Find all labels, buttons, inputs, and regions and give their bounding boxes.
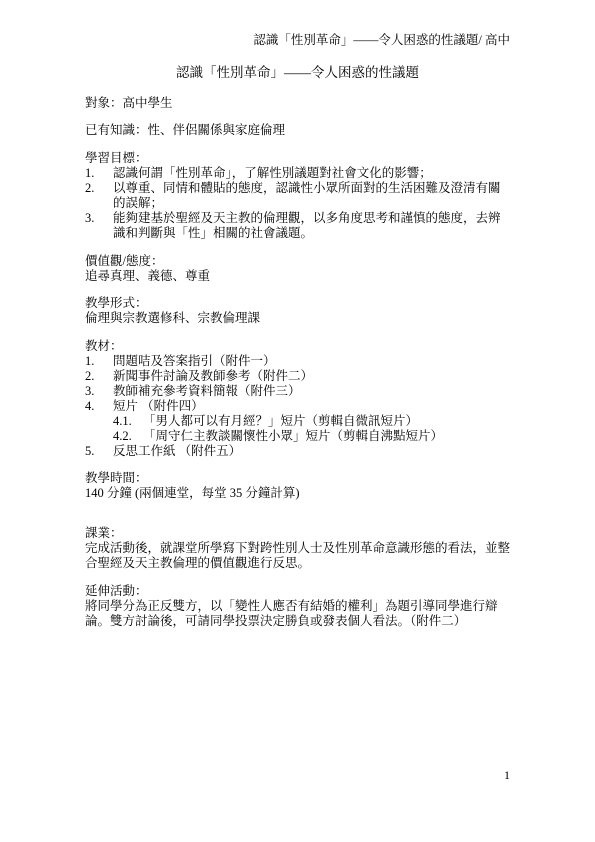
section-homework: 課業： 完成活動後，就課堂所學寫下對跨性別人士及性別革命意識形態的看法，並整合聖… (85, 526, 510, 571)
document-content: 認識「性別革命」——令人困惑的性議題/ 高中 認識「性別革命」——令人困惑的性議… (85, 33, 510, 629)
material-text: 教師補充參考資料簡報（附件三） (113, 384, 510, 399)
document-title: 認識「性別革命」——令人困惑的性議題 (85, 65, 510, 80)
material-sub-text: 「周守仁主教談關懷性小眾」短片（剪輯自沸點短片） (143, 429, 510, 444)
section-objectives: 學習目標： 1. 認識何謂「性別革命」，了解性別議題對社會文化的影響； 2. 以… (85, 151, 510, 241)
section-extension: 延伸活動： 將同學分為正反雙方，以「變性人應否有結婚的權利」為題引導同學進行辯論… (85, 584, 510, 629)
material-number: 1. (85, 354, 113, 369)
objective-number: 2. (85, 181, 113, 196)
material-sub-item: 4.2. 「周守仁主教談關懷性小眾」短片（剪輯自沸點短片） (113, 429, 510, 444)
values-heading: 價值觀/態度： (85, 254, 510, 269)
material-text: 短片 （附件四） (113, 399, 510, 414)
material-video-sublist: 4.1. 「男人都可以有月經？」短片（剪輯自微訊短片） 4.2. 「周守仁主教談… (113, 414, 510, 444)
teaching-format-heading: 教學形式： (85, 296, 510, 311)
prior-knowledge-line: 已有知識：性、伴侶關係與家庭倫理 (85, 123, 510, 138)
material-sub-number: 4.2. (113, 429, 143, 444)
objective-text: 認識何謂「性別革命」，了解性別議題對社會文化的影響； (113, 166, 510, 181)
section-teaching-format: 教學形式： 倫理與宗教選修科、宗教倫理課 (85, 296, 510, 326)
teaching-format-text: 倫理與宗教選修科、宗教倫理課 (85, 311, 510, 326)
material-item: 3. 教師補充參考資料簡報（附件三） (85, 384, 510, 399)
material-item: 4. 短片 （附件四） (85, 399, 510, 414)
material-item: 2. 新聞事件討論及教師參考（附件二） (85, 369, 510, 384)
material-text: 反思工作紙 （附件五） (113, 444, 510, 459)
document-page: 認識「性別革命」——令人困惑的性議題/ 高中 認識「性別革命」——令人困惑的性議… (0, 0, 595, 842)
section-materials: 教材： 1. 問題咭及答案指引（附件一） 2. 新聞事件討論及教師參考（附件二）… (85, 339, 510, 459)
section-duration: 教學時間： 140 分鐘 (兩個連堂，每堂 35 分鐘計算) (85, 471, 510, 501)
section-values: 價值觀/態度： 追尋真理、義德、尊重 (85, 254, 510, 284)
objective-text: 能夠建基於聖經及天主教的倫理觀，以多角度思考和謹慎的態度，去辨識和判斷與「性」相… (113, 211, 510, 241)
material-text: 問題咭及答案指引（附件一） (113, 354, 510, 369)
extension-text: 將同學分為正反雙方，以「變性人應否有結婚的權利」為題引導同學進行辯論。雙方討論後… (85, 599, 510, 629)
audience-line: 對象：高中學生 (85, 96, 510, 111)
duration-heading: 教學時間： (85, 471, 510, 486)
material-sub-text: 「男人都可以有月經？」短片（剪輯自微訊短片） (143, 414, 510, 429)
material-number: 5. (85, 444, 113, 459)
values-text: 追尋真理、義德、尊重 (85, 269, 510, 284)
extension-heading: 延伸活動： (85, 584, 510, 599)
material-number: 3. (85, 384, 113, 399)
running-header: 認識「性別革命」——令人困惑的性議題/ 高中 (85, 33, 510, 48)
objective-item: 1. 認識何謂「性別革命」，了解性別議題對社會文化的影響； (85, 166, 510, 181)
material-item: 1. 問題咭及答案指引（附件一） (85, 354, 510, 369)
objective-number: 3. (85, 211, 113, 226)
material-number: 4. (85, 399, 113, 414)
materials-heading: 教材： (85, 339, 510, 354)
objective-item: 2. 以尊重、同情和體貼的態度，認識性小眾所面對的生活困難及澄清有關的誤解； (85, 181, 510, 211)
material-item: 5. 反思工作紙 （附件五） (85, 444, 510, 459)
objectives-heading: 學習目標： (85, 151, 510, 166)
page-number: 1 (504, 768, 510, 783)
objective-number: 1. (85, 166, 113, 181)
homework-heading: 課業： (85, 526, 510, 541)
duration-text: 140 分鐘 (兩個連堂，每堂 35 分鐘計算) (85, 486, 510, 501)
material-number: 2. (85, 369, 113, 384)
material-sub-item: 4.1. 「男人都可以有月經？」短片（剪輯自微訊短片） (113, 414, 510, 429)
objective-text: 以尊重、同情和體貼的態度，認識性小眾所面對的生活困難及澄清有關的誤解； (113, 181, 510, 211)
objective-item: 3. 能夠建基於聖經及天主教的倫理觀，以多角度思考和謹慎的態度，去辨識和判斷與「… (85, 211, 510, 241)
material-text: 新聞事件討論及教師參考（附件二） (113, 369, 510, 384)
homework-text: 完成活動後，就課堂所學寫下對跨性別人士及性別革命意識形態的看法，並整合聖經及天主… (85, 541, 510, 571)
material-sub-number: 4.1. (113, 414, 143, 429)
